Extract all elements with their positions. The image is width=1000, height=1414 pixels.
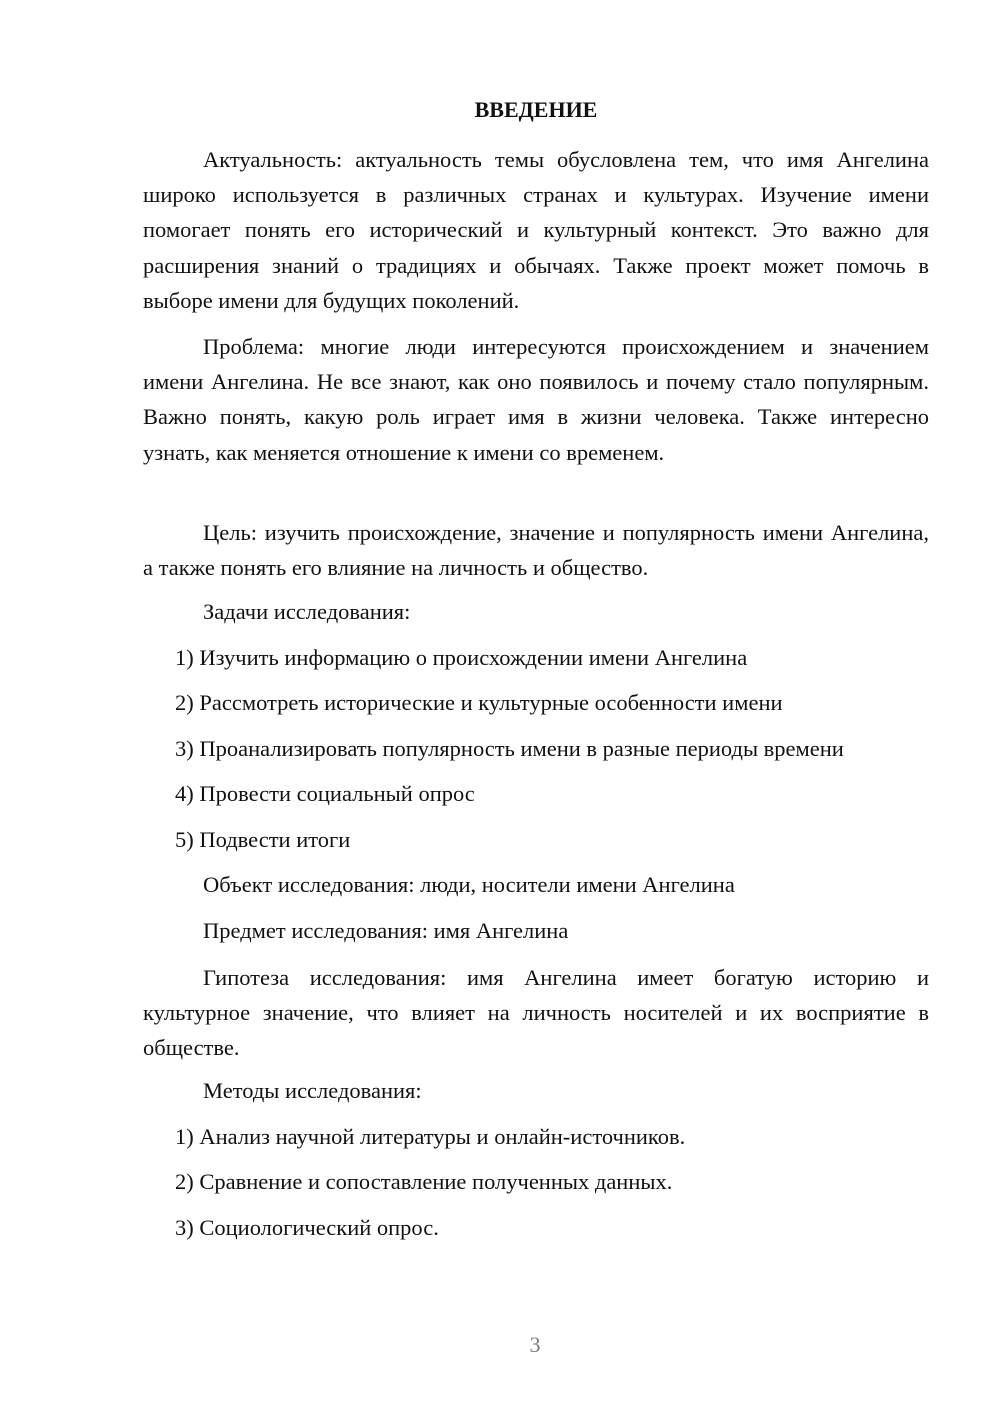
methods-heading: Методы исследования: [203, 1076, 422, 1106]
task-item: 2) Рассмотреть исторические и культурные… [175, 688, 783, 718]
relevance-paragraph: Актуальность: актуальность темы обусловл… [143, 142, 929, 318]
problem-paragraph: Проблема: многие люди интересуются проис… [143, 329, 929, 470]
method-item: 1) Анализ научной литературы и онлайн-ис… [175, 1122, 685, 1152]
page-number: 3 [0, 1332, 1000, 1358]
subject-statement: Предмет исследования: имя Ангелина [203, 916, 568, 946]
method-item: 3) Социологический опрос. [175, 1213, 439, 1243]
hypothesis-paragraph: Гипотеза исследования: имя Ангелина имее… [143, 960, 929, 1066]
method-item: 2) Сравнение и сопоставление полученных … [175, 1167, 672, 1197]
task-item: 5) Подвести итоги [175, 825, 350, 855]
tasks-heading: Задачи исследования: [203, 597, 410, 627]
task-item: 3) Проанализировать популярность имени в… [175, 734, 844, 764]
task-item: 1) Изучить информацию о происхождении им… [175, 643, 747, 673]
object-statement: Объект исследования: люди, носители имен… [203, 870, 735, 900]
goal-paragraph: Цель: изучить происхождение, значение и … [143, 515, 929, 585]
section-title: ВВЕДЕНИЕ [143, 96, 929, 124]
task-item: 4) Провести социальный опрос [175, 779, 475, 809]
